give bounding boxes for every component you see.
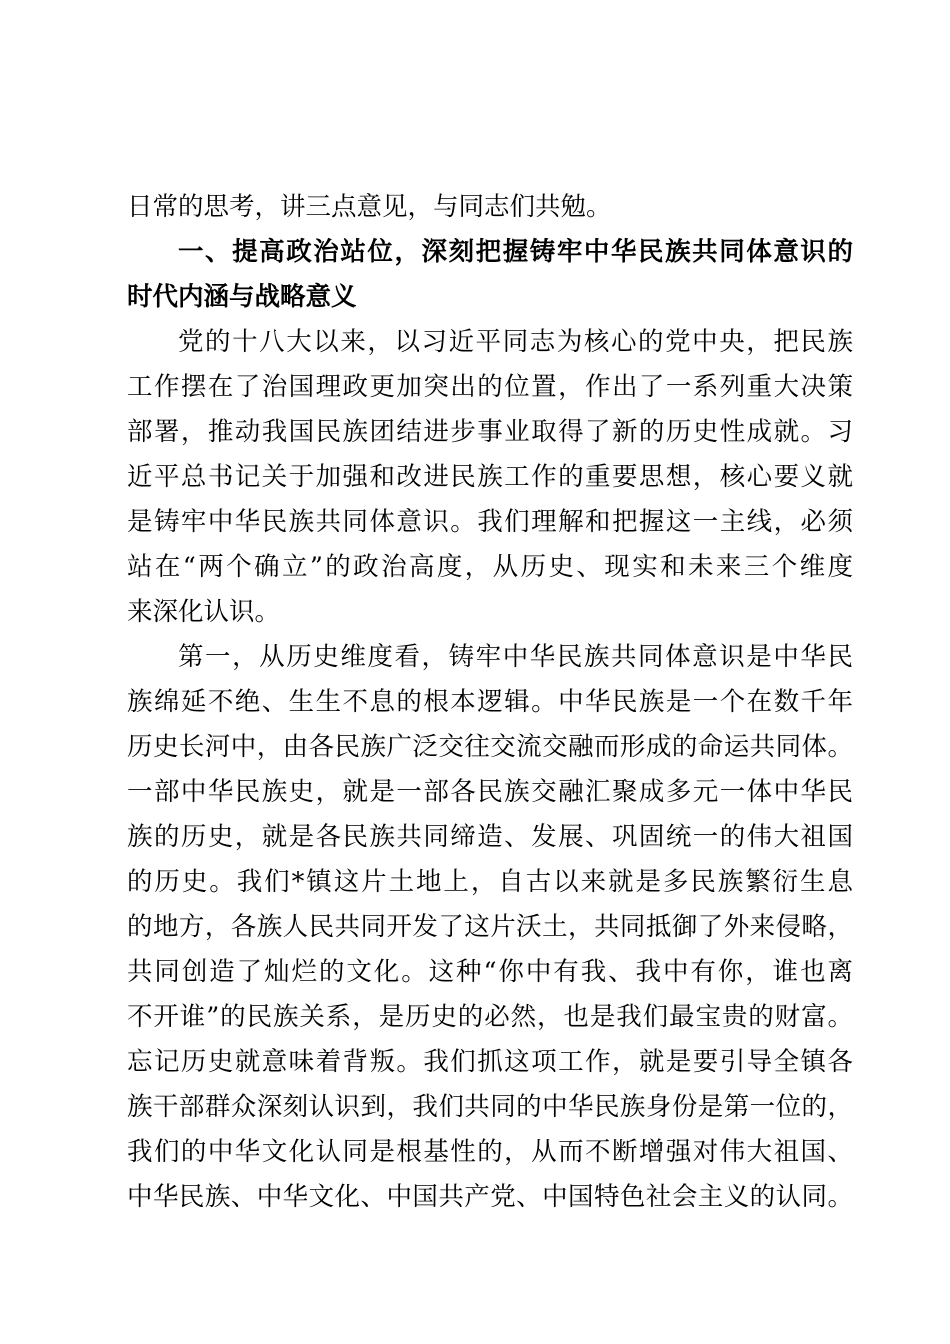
text-line: 不开谁”的民族关系，是历史的必然，也是我们最宝贵的财富。	[127, 995, 853, 1040]
text-line: 中华民族、中华文化、中国共产党、中国特色社会主义的认同。	[127, 1175, 853, 1220]
text-line: 来深化认识。	[127, 590, 853, 635]
text-line: 族绵延不绝、生生不息的根本逻辑。中华民族是一个在数千年	[127, 680, 853, 725]
text-line: 部署，推动我国民族团结进步事业取得了新的历史性成就。习	[127, 410, 853, 455]
text-line: 近平总书记关于加强和改进民族工作的重要思想，核心要义就	[127, 455, 853, 500]
paragraph-political-overview: 党的十八大以来，以习近平同志为核心的党中央，把民族 工作摆在了治国理政更加突出的…	[127, 320, 853, 635]
text-line: 一部中华民族史，就是一部各民族交融汇聚成多元一体中华民	[127, 770, 853, 815]
text-line: 党的十八大以来，以习近平同志为核心的党中央，把民族	[127, 320, 853, 365]
heading-line: 一、提高政治站位，深刻把握铸牢中华民族共同体意识的	[127, 230, 853, 275]
text-line: 历史长河中，由各民族广泛交往交流交融而形成的命运共同体。	[127, 725, 853, 770]
intro-paragraph-continuation: 日常的思考，讲三点意见，与同志们共勉。	[127, 185, 853, 230]
text-line: 的地方，各族人民共同开发了这片沃土，共同抵御了外来侵略，	[127, 905, 853, 950]
text-line: 忘记历史就意味着背叛。我们抓这项工作，就是要引导全镇各	[127, 1040, 853, 1085]
heading-line: 时代内涵与战略意义	[127, 275, 853, 320]
text-line: 族干部群众深刻认识到，我们共同的中华民族身份是第一位的，	[127, 1085, 853, 1130]
text-line: 的历史。我们*镇这片土地上，自古以来就是多民族繁衍生息	[127, 860, 853, 905]
text-line: 我们的中华文化认同是根基性的，从而不断增强对伟大祖国、	[127, 1130, 853, 1175]
document-page: 日常的思考，讲三点意见，与同志们共勉。 一、提高政治站位，深刻把握铸牢中华民族共…	[0, 0, 950, 1344]
text-line: 共同创造了灿烂的文化。这种“你中有我、我中有你，谁也离	[127, 950, 853, 995]
text-line: 族的历史，就是各民族共同缔造、发展、巩固统一的伟大祖国	[127, 815, 853, 860]
text-line: 站在“两个确立”的政治高度，从历史、现实和未来三个维度	[127, 545, 853, 590]
text-line: 第一，从历史维度看，铸牢中华民族共同体意识是中华民	[127, 635, 853, 680]
text-line: 是铸牢中华民族共同体意识。我们理解和把握这一主线，必须	[127, 500, 853, 545]
section-one-heading: 一、提高政治站位，深刻把握铸牢中华民族共同体意识的 时代内涵与战略意义	[127, 230, 853, 320]
paragraph-historical-dimension: 第一，从历史维度看，铸牢中华民族共同体意识是中华民 族绵延不绝、生生不息的根本逻…	[127, 635, 853, 1220]
document-content: 日常的思考，讲三点意见，与同志们共勉。 一、提高政治站位，深刻把握铸牢中华民族共…	[127, 185, 853, 1220]
text-line: 日常的思考，讲三点意见，与同志们共勉。	[127, 185, 853, 230]
text-line: 工作摆在了治国理政更加突出的位置，作出了一系列重大决策	[127, 365, 853, 410]
